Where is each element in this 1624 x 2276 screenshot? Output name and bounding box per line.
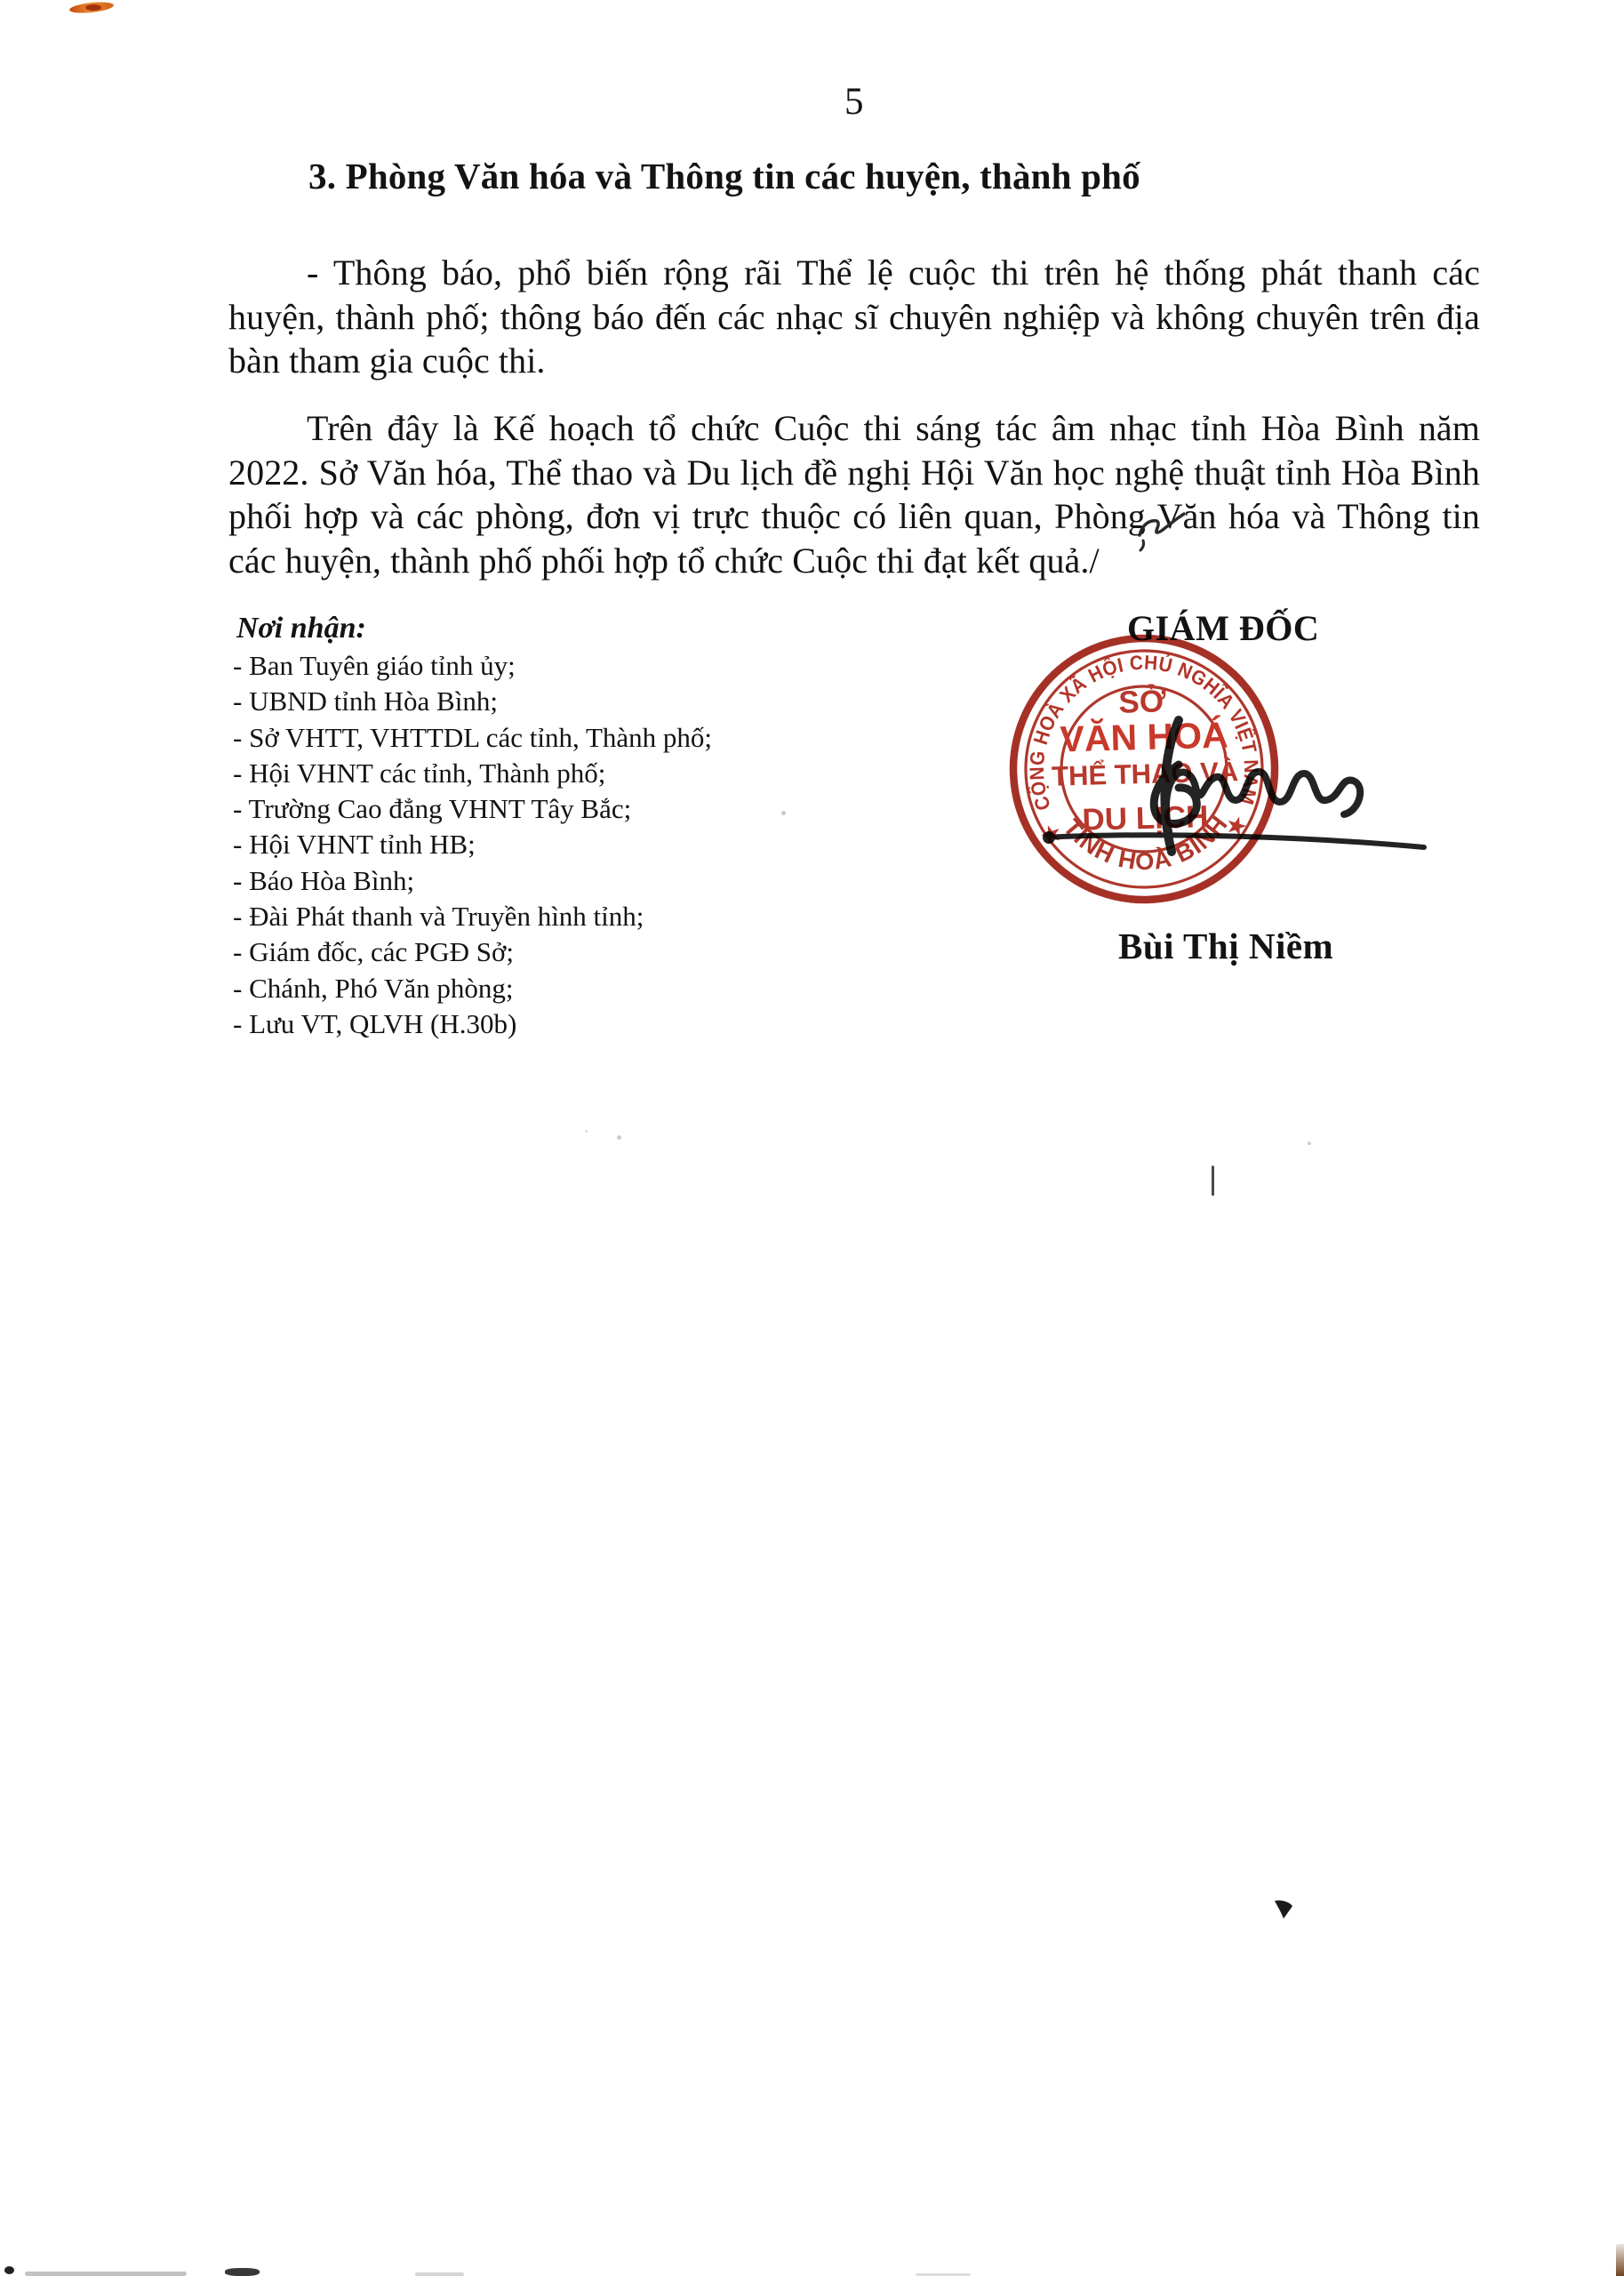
recipient-item: - Giám đốc, các PGĐ Sở; xyxy=(233,934,712,970)
page-number: 5 xyxy=(844,80,864,124)
signer-name: Bùi Thị Niềm xyxy=(1118,925,1333,967)
recipient-item: - Đài Phát thanh và Truyền hình tỉnh; xyxy=(233,899,712,934)
recipient-item: - Chánh, Phó Văn phòng; xyxy=(233,971,712,1006)
scan-blot xyxy=(25,2272,187,2276)
recipients-list: - Ban Tuyên giáo tỉnh ủy; - UBND tỉnh Hò… xyxy=(233,648,712,1042)
recipient-item: - Trường Cao đẳng VHNT Tây Bắc; xyxy=(233,791,712,827)
scan-blot xyxy=(225,2268,260,2276)
recipients-label: Nơi nhận: xyxy=(236,612,366,645)
scan-blot xyxy=(415,2272,464,2276)
recipient-item: - Báo Hòa Bình; xyxy=(233,863,712,899)
body-paragraph-2: Trên đây là Kế hoạch tổ chức Cuộc thi sá… xyxy=(228,406,1480,582)
section-heading: 3. Phòng Văn hóa và Thông tin các huyện,… xyxy=(228,155,1484,197)
scan-tick-mark xyxy=(1212,1166,1214,1196)
scan-blot xyxy=(4,2266,14,2274)
scan-smudge-topleft-core xyxy=(85,4,101,11)
scan-speck xyxy=(585,1130,588,1133)
recipient-item: - Sở VHTT, VHTTDL các tỉnh, Thành phố; xyxy=(233,720,712,756)
recipient-item: - Hội VHNT các tỉnh, Thành phố; xyxy=(233,756,712,791)
scan-corner-stain xyxy=(1616,2244,1624,2276)
body-paragraph-1: - Thông báo, phổ biến rộng rãi Thể lệ cu… xyxy=(228,251,1480,383)
scan-speck xyxy=(1308,1142,1311,1145)
recipient-item: - Lưu VT, QLVH (H.30b) xyxy=(233,1006,712,1042)
handwritten-flourish xyxy=(1131,494,1193,557)
recipient-item: - Hội VHNT tỉnh HB; xyxy=(233,827,712,862)
document-page: 5 3. Phòng Văn hóa và Thông tin các huyệ… xyxy=(0,0,1624,2276)
scan-arrow-blob xyxy=(1273,1899,1296,1920)
scan-speck xyxy=(617,1135,621,1140)
signature-scrawl xyxy=(1013,702,1440,871)
scan-speck xyxy=(781,811,786,815)
recipient-item: - Ban Tuyên giáo tỉnh ủy; xyxy=(233,648,712,684)
recipient-item: - UBND tỉnh Hòa Bình; xyxy=(233,684,712,719)
